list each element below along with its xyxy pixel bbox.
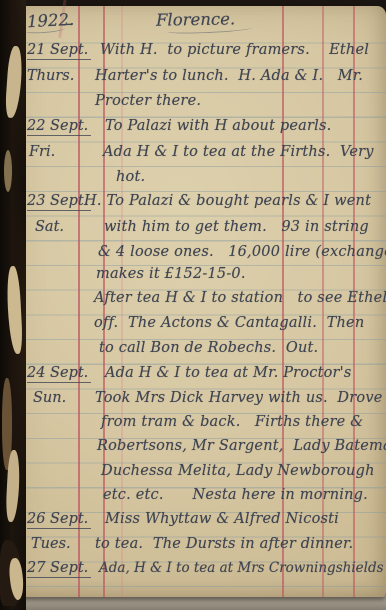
entry-text: Ada, H & I to tea at Mrs Crowningshields [99, 560, 384, 576]
entry-text: After tea H & I to station to see Ethel [94, 290, 386, 306]
entry-row: 24 Sept. Ada H & I to tea at Mr. Proctor… [0, 365, 386, 390]
entry-day: Thurs. [27, 68, 74, 84]
entry-row: Tues. to tea. The Dursts in after dinner… [0, 536, 386, 561]
entry-date: 23 Sept. [27, 193, 91, 211]
entry-text: Harter's to lunch. H. Ada & I. Mr. [95, 68, 363, 84]
entry-row: etc. etc. Nesta here in morning. [0, 487, 386, 512]
notebook-scan: 1922. - Florence. 21 Sept. With H. to pi… [0, 0, 386, 610]
entry-text: Took Mrs Dick Harvey with us. Drove [95, 390, 383, 406]
entry-row: off. The Actons & Cantagalli. Then [0, 315, 386, 340]
entry-text: H. To Palazi & bought pearls & I went [84, 193, 371, 209]
entry-row: 21 Sept. With H. to picture framers. Eth… [0, 42, 386, 67]
entry-row: Sun. Took Mrs Dick Harvey with us. Drove [0, 390, 386, 415]
year-dash: - [66, 14, 72, 33]
entry-text: hot. [116, 169, 145, 185]
entry-text: Miss Whyttaw & Alfred Nicosti [105, 511, 339, 527]
entry-date: 24 Sept. [27, 365, 91, 383]
entry-row: 26 Sept. Miss Whyttaw & Alfred Nicosti [0, 511, 386, 536]
entry-text: Duchessa Melita, Lady Newborough [101, 463, 375, 479]
entry-text: with him to get them. 93 in string [104, 219, 369, 235]
entry-day: Sat. [35, 219, 64, 235]
entry-text: off. The Actons & Cantagalli. Then [94, 315, 364, 331]
entry-row: 27 Sept. Ada, H & I to tea at Mrs Crowni… [0, 560, 386, 585]
scanner-bed [0, 595, 386, 610]
entry-row: hot. [0, 169, 386, 194]
entry-text: makes it £152-15-0. [96, 266, 246, 282]
entry-text: & 4 loose ones. 16,000 lire (exchange [98, 244, 386, 260]
entry-text: To Palazi with H about pearls. [105, 118, 331, 134]
entry-date: 22 Sept. [27, 118, 91, 136]
entry-row: 23 Sept. H. To Palazi & bought pearls & … [0, 193, 386, 218]
entry-row: Fri. Ada H & I to tea at the Firths. Ver… [0, 144, 386, 169]
entry-day: Tues. [31, 536, 71, 552]
entry-text: to call Bon de Robechs. Out. [99, 340, 318, 356]
entry-date: 27 Sept. [27, 560, 91, 578]
entry-text: Procter there. [95, 93, 201, 109]
entry-row: Duchessa Melita, Lady Newborough [0, 463, 386, 488]
entry-day: Fri. [29, 144, 55, 160]
entry-text: With H. to picture framers. Ethel [100, 42, 369, 58]
entry-row: Sat. with him to get them. 93 in string [0, 219, 386, 244]
entry-row: 22 Sept. To Palazi with H about pearls. [0, 118, 386, 143]
entry-row: Thurs. Harter's to lunch. H. Ada & I. Mr… [0, 68, 386, 93]
entry-text: Ada H & I to tea at Mr. Proctor's [105, 365, 351, 381]
entry-row: makes it £152-15-0. [0, 266, 386, 291]
entry-text: Ada H & I to tea at the Firths. Very [103, 144, 374, 160]
entry-row: from tram & back. Firths there & [0, 414, 386, 439]
entry-row: Procter there. [0, 93, 386, 118]
entry-text: Robertsons, Mr Sargent, Lady Bateman [97, 438, 386, 454]
entry-text: from tram & back. Firths there & [101, 414, 363, 430]
entry-text: to tea. The Dursts in after dinner. [95, 536, 353, 552]
entry-day: Sun. [33, 390, 66, 406]
entry-date: 26 Sept. [27, 511, 91, 529]
entry-text: etc. etc. Nesta here in morning. [103, 487, 368, 503]
entry-row: After tea H & I to station to see Ethel [0, 290, 386, 315]
entry-row: Robertsons, Mr Sargent, Lady Bateman [0, 438, 386, 463]
entry-row: to call Bon de Robechs. Out. [0, 340, 386, 365]
entry-date: 21 Sept. [27, 42, 91, 60]
